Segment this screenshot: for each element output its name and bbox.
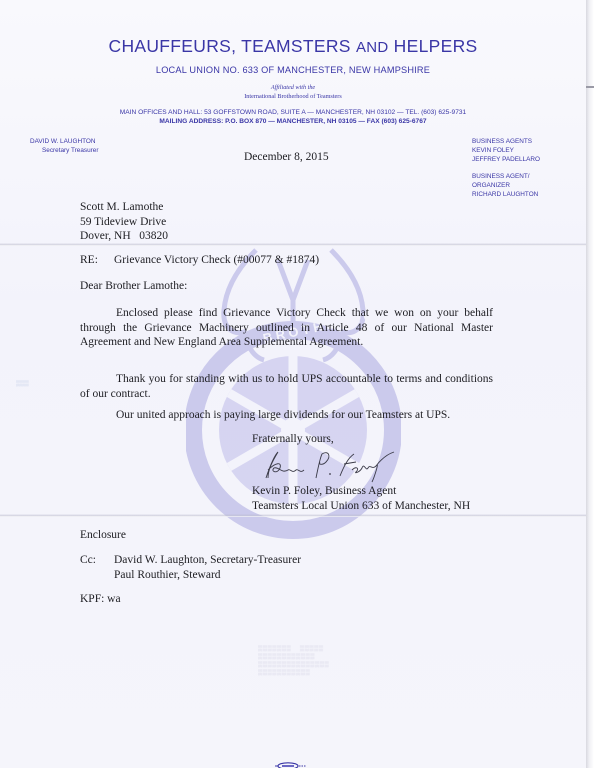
body-paragraph: Enclosed please find Grievance Victory C… bbox=[80, 306, 493, 350]
union-name-heading: CHAUFFEURS, TEAMSTERS AND HELPERS bbox=[0, 36, 586, 57]
officer-name: RICHARD LAUGHTON bbox=[472, 190, 540, 199]
signer-organization: Teamsters Local Union 633 of Manchester,… bbox=[252, 499, 470, 514]
main-office-address: MAIN OFFICES AND HALL: 53 GOFFSTOWN ROAD… bbox=[0, 109, 586, 116]
letter-date: December 8, 2015 bbox=[244, 150, 329, 165]
recipient-address: Scott M. Lamothe 59 Tideview Drive Dover… bbox=[80, 200, 168, 244]
officer-name: KEVIN FOLEY bbox=[472, 146, 540, 155]
re-subject: Grievance Victory Check (#00077 & #1874) bbox=[114, 254, 319, 266]
re-label: RE: bbox=[80, 253, 114, 268]
officer-group-title: BUSINESS AGENTS bbox=[472, 137, 540, 146]
salutation: Dear Brother Lamothe: bbox=[80, 279, 187, 294]
affiliation-org: International Brotherhood of Teamsters bbox=[0, 93, 586, 100]
officer-name: JEFFREY PADELLARO bbox=[472, 155, 540, 164]
closing: Fraternally yours, bbox=[252, 432, 334, 447]
bleed-through-text: ▒▒▒▒▒▒▒ ▒▒▒▒▒▒▒▒▒▒▒▒▒▒▒▒▒▒▒▒▒▒▒▒▒▒▒▒▒▒▒▒… bbox=[258, 645, 329, 677]
recipient-street: 59 Tideview Drive bbox=[80, 215, 168, 230]
body-paragraph-3: Our united approach is paying large divi… bbox=[116, 408, 450, 423]
union-label-bug-icon bbox=[274, 762, 310, 768]
cc-label: Cc: bbox=[80, 553, 114, 568]
officer-name: DAVID W. LAUGHTON bbox=[30, 137, 98, 146]
body-paragraph: Thank you for standing with us to hold U… bbox=[80, 372, 493, 401]
page-edge bbox=[586, 0, 594, 768]
mailing-address: MAILING ADDRESS: P.O. BOX 870 — MANCHEST… bbox=[0, 118, 586, 125]
paper-fold bbox=[0, 243, 586, 246]
recipient-city: Dover, NH 03820 bbox=[80, 229, 168, 244]
officer-right-block: BUSINESS AGENTS KEVIN FOLEY JEFFREY PADE… bbox=[472, 137, 540, 199]
paper-fold bbox=[0, 514, 586, 517]
signer-name-title: Kevin P. Foley, Business Agent bbox=[252, 484, 470, 499]
signature-icon bbox=[256, 448, 406, 484]
affiliation-label: Affiliated with the bbox=[0, 84, 586, 91]
officer-title: Secretary Treasurer bbox=[30, 146, 98, 155]
signer-block: Kevin P. Foley, Business Agent Teamsters… bbox=[252, 484, 470, 513]
typist-initials: KPF: wa bbox=[80, 592, 121, 607]
enclosure-note: Enclosure bbox=[80, 528, 126, 543]
cc-recipient: Paul Routhier, Steward bbox=[114, 568, 301, 583]
letter-page: CHAUFFEURS, TEAMSTERS AND HELPERS LOCAL … bbox=[0, 0, 586, 768]
officer-group-title: ORGANIZER bbox=[472, 181, 540, 190]
cc-block: Cc: David W. Laughton, Secretary-Treasur… bbox=[80, 553, 301, 582]
local-union-subtitle: LOCAL UNION NO. 633 OF MANCHESTER, NEW H… bbox=[0, 65, 586, 75]
officer-left-block: DAVID W. LAUGHTON Secretary Treasurer bbox=[30, 137, 98, 155]
cc-recipient: David W. Laughton, Secretary-Treasurer bbox=[114, 553, 301, 568]
officer-group-title: BUSINESS AGENT/ bbox=[472, 172, 540, 181]
bleed-through-mark: ▒▒▒ bbox=[16, 381, 29, 387]
recipient-name: Scott M. Lamothe bbox=[80, 200, 168, 215]
re-line: RE:Grievance Victory Check (#00077 & #18… bbox=[80, 253, 319, 268]
